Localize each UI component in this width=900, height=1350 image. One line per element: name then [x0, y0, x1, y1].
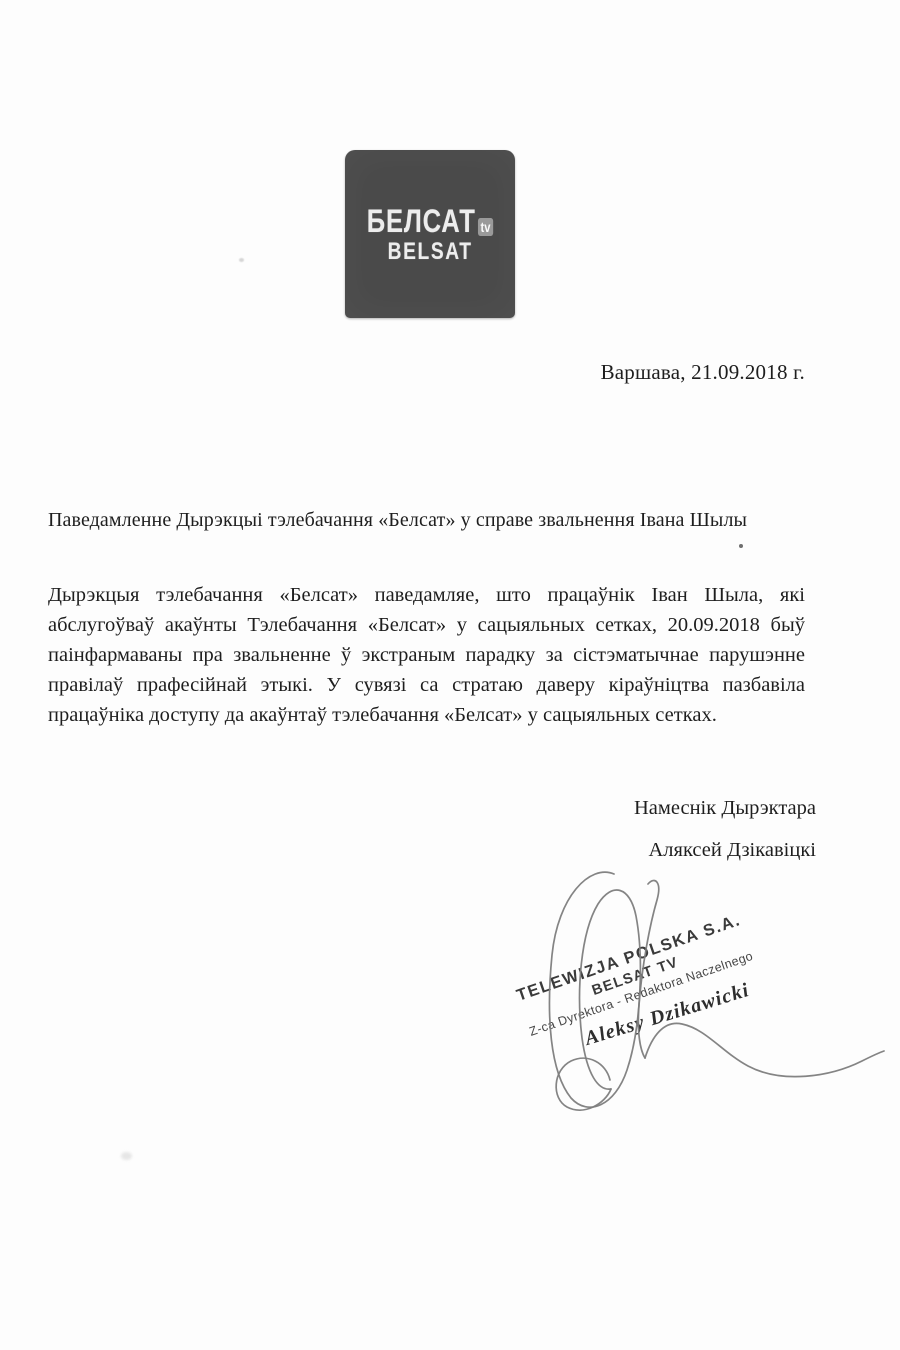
signoff-name: Аляксей Дзікавіцкі	[649, 839, 817, 862]
belsat-logo: БЕЛСАТ tv BELSAT	[345, 150, 515, 318]
body-line: абслугоўваў акаўнты Тэлебачання «Белсат»…	[48, 610, 805, 640]
body-line: працаўніка доступу да акаўнтаў тэлебачан…	[48, 700, 805, 730]
logo-wordmark-cyrillic: БЕЛСАТ	[367, 205, 476, 237]
letter-title: Паведамленне Дырэкцыі тэлебачання «Белса…	[48, 509, 810, 532]
body-line: Дырэкцыя тэлебачання «Белсат» паведамляе…	[48, 580, 805, 610]
scan-artifact	[239, 258, 244, 262]
tv-badge-icon: tv	[478, 218, 493, 236]
logo-wordmark-latin: BELSAT	[388, 240, 473, 264]
signoff-role: Намеснік Дырэктара	[634, 797, 816, 820]
body-line: паінфармаваны пра звальненне ў экстраным…	[48, 640, 805, 670]
company-stamp: TELEWIZJA POLSKA S.A. BELSAT TV Z-ca Dyr…	[446, 888, 834, 1094]
scan-artifact	[739, 544, 743, 548]
logo-row: БЕЛСАТ tv	[367, 205, 493, 237]
scan-artifact	[121, 1152, 132, 1160]
letter-body: Дырэкцыя тэлебачання «Белсат» паведамляе…	[48, 580, 805, 730]
scanned-letter-page: БЕЛСАТ tv BELSAT Варшава, 21.09.2018 г. …	[0, 0, 900, 1350]
dateline: Варшава, 21.09.2018 г.	[601, 360, 805, 385]
body-line: правілаў прафесійнай этыкі. У сувязі са …	[48, 670, 805, 700]
